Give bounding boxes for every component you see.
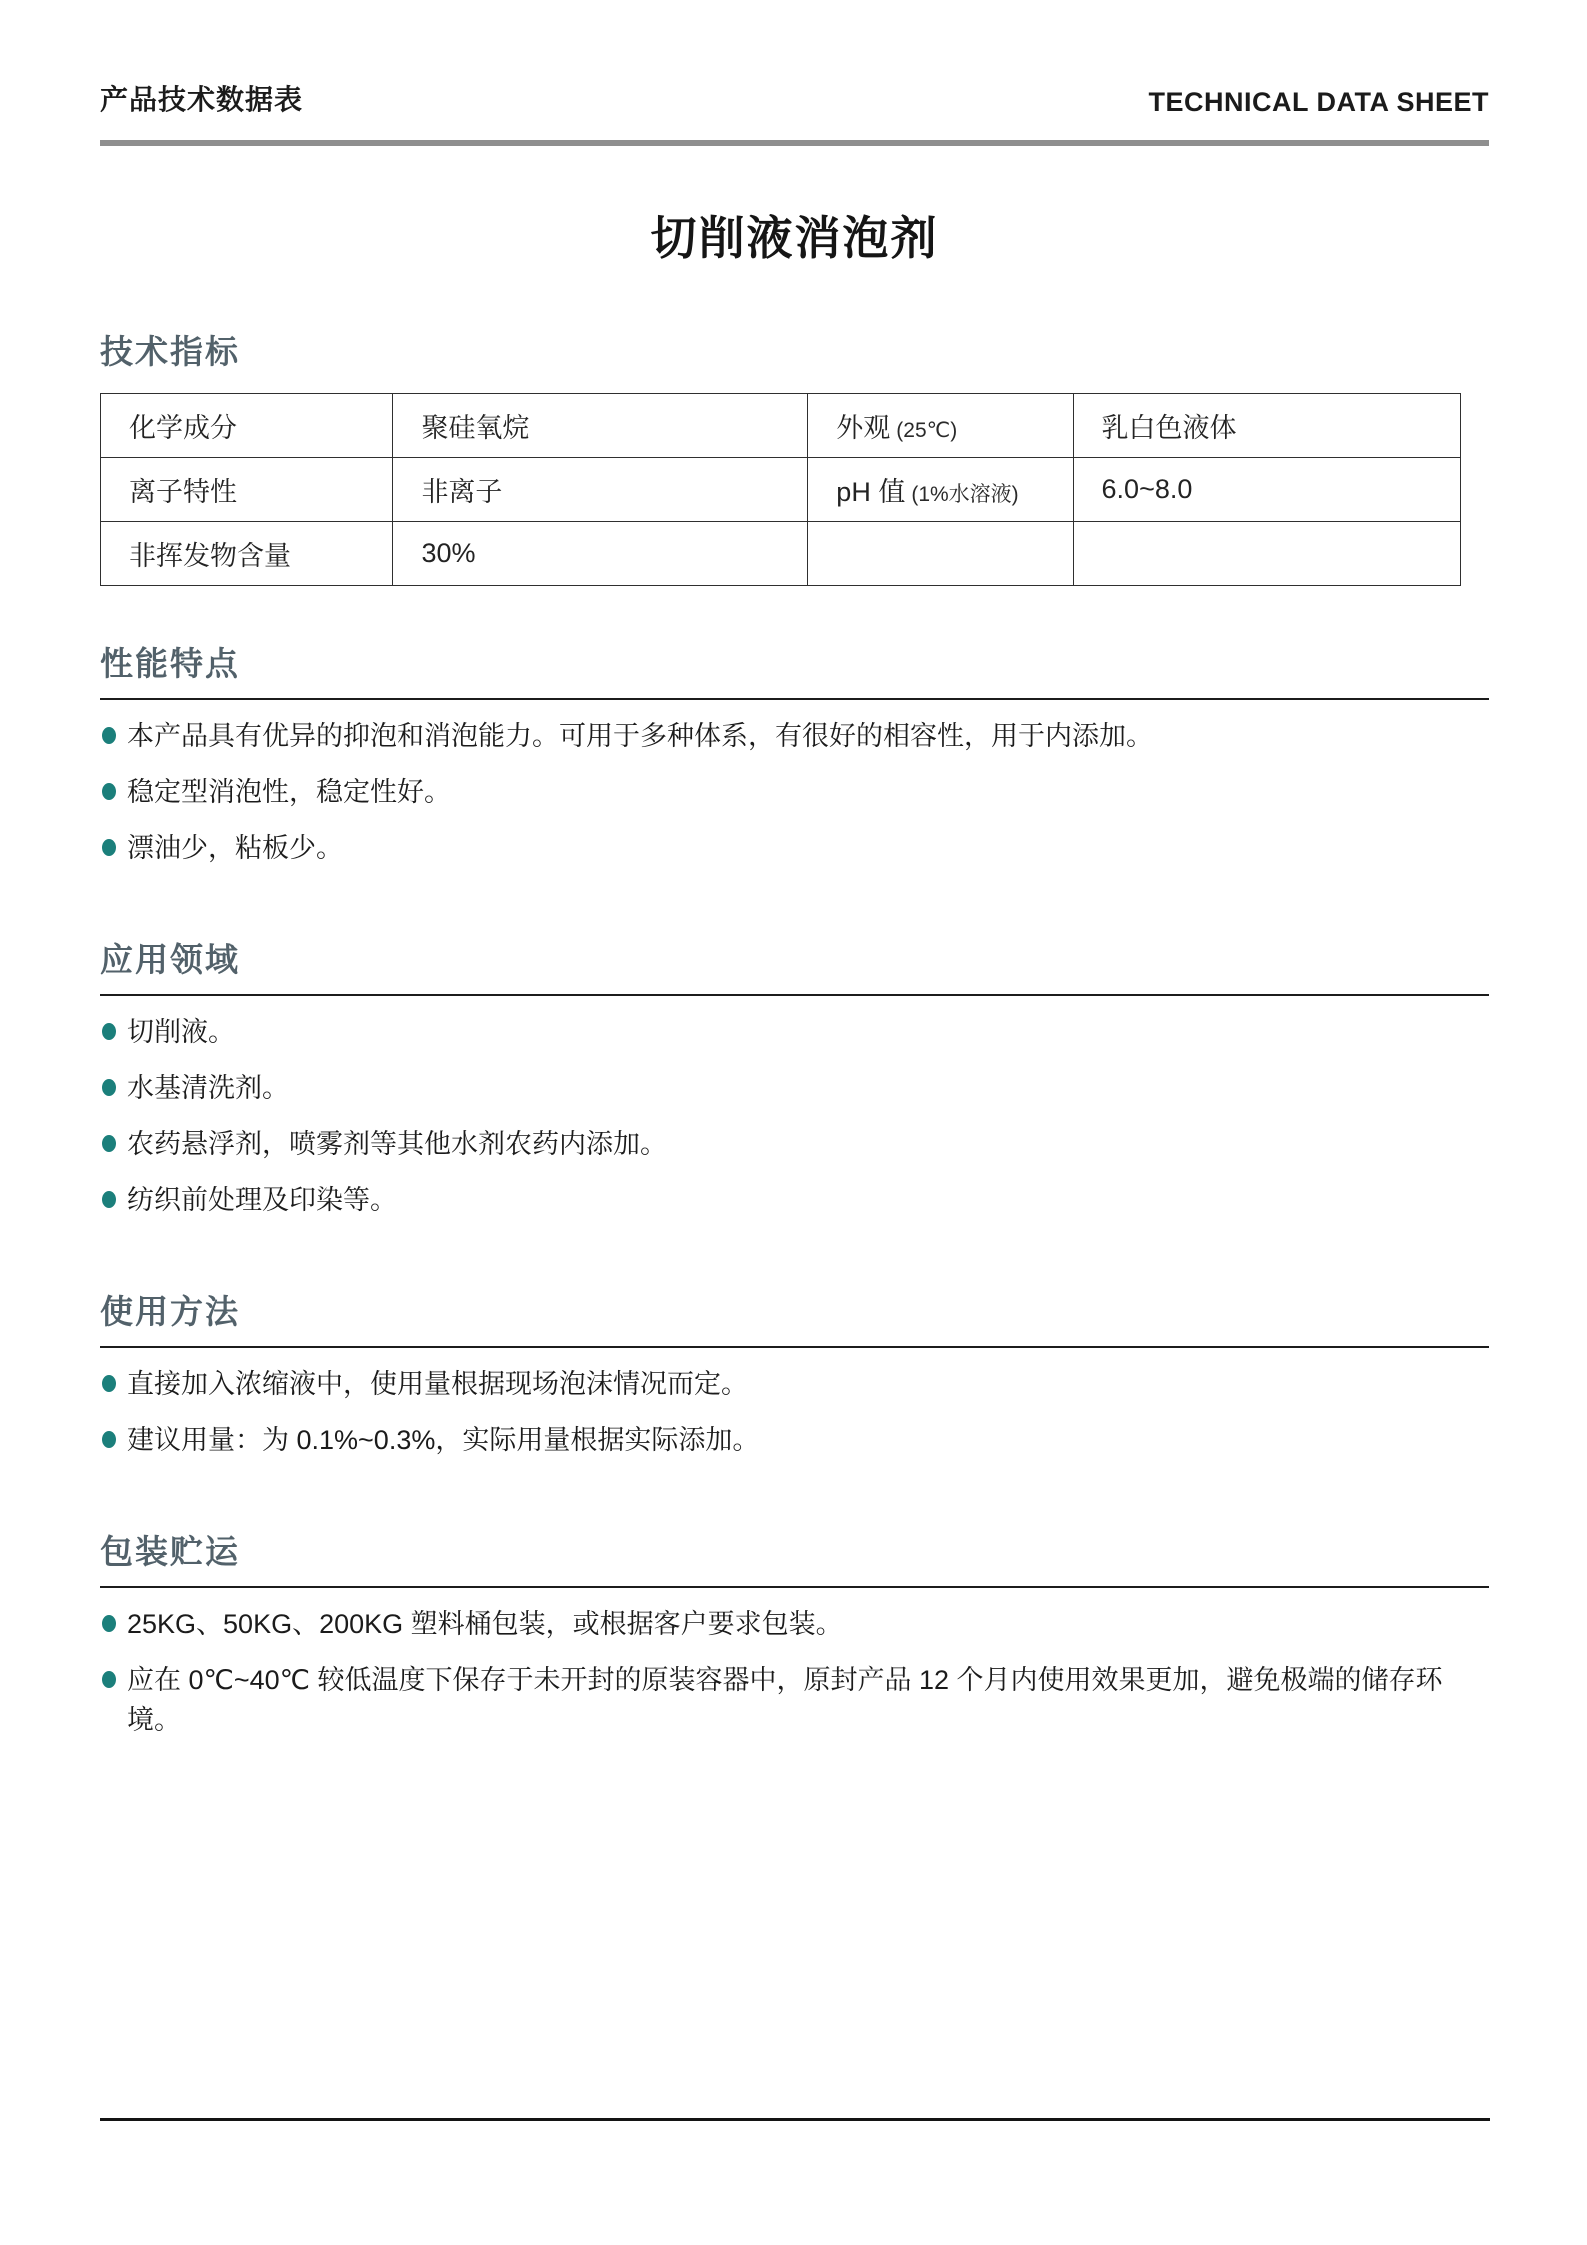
list-item: 纺织前处理及印染等。	[100, 1180, 1489, 1220]
bullet-text: 应在 0℃~40℃ 较低温度下保存于未开封的原装容器中，原封产品 12 个月内使…	[127, 1660, 1489, 1740]
list-item: 应在 0℃~40℃ 较低温度下保存于未开封的原装容器中，原封产品 12 个月内使…	[100, 1660, 1489, 1740]
bullet-dot-icon	[102, 1375, 116, 1392]
bullet-dot-icon	[102, 783, 116, 800]
header-title-zh: 产品技术数据表	[100, 78, 303, 118]
document-page: 产品技术数据表 TECHNICAL DATA SHEET 切削液消泡剂 技术指标…	[0, 0, 1587, 2245]
section-specs: 技术指标 化学成分 聚硅氧烷 外观(25℃) 乳白色液体 离子特性 非离子 pH…	[100, 326, 1489, 586]
section-title-applications: 应用领域	[100, 934, 1489, 981]
table-row: 化学成分 聚硅氧烷 外观(25℃) 乳白色液体	[101, 394, 1461, 458]
bullet-text: 建议用量：为 0.1%~0.3%，实际用量根据实际添加。	[127, 1420, 1489, 1460]
bullet-dot-icon	[102, 1615, 116, 1632]
bullet-text: 农药悬浮剂，喷雾剂等其他水剂农药内添加。	[127, 1124, 1489, 1164]
footer-divider	[100, 2118, 1490, 2121]
bullet-dot-icon	[102, 839, 116, 856]
spec-cell-label: 离子特性	[101, 458, 393, 522]
list-item: 水基清洗剂。	[100, 1068, 1489, 1108]
bullet-text: 稳定型消泡性，稳定性好。	[127, 772, 1489, 812]
product-title: 切削液消泡剂	[100, 202, 1489, 268]
usage-list: 直接加入浓缩液中，使用量根据现场泡沫情况而定。 建议用量：为 0.1%~0.3%…	[100, 1364, 1489, 1460]
header-title-en: TECHNICAL DATA SHEET	[1149, 87, 1490, 118]
list-item: 本产品具有优异的抑泡和消泡能力。可用于多种体系，有很好的相容性，用于内添加。	[100, 716, 1489, 756]
cell-note: (25℃)	[896, 419, 957, 442]
bullet-text: 漂油少，粘板少。	[127, 828, 1489, 868]
bullet-text: 直接加入浓缩液中，使用量根据现场泡沫情况而定。	[127, 1364, 1489, 1404]
features-list: 本产品具有优异的抑泡和消泡能力。可用于多种体系，有很好的相容性，用于内添加。 稳…	[100, 716, 1489, 868]
spec-cell-label: pH 值(1%水溶液)	[808, 458, 1073, 522]
cell-note: (1%水溶液)	[911, 483, 1018, 506]
section-divider	[100, 1346, 1489, 1348]
spec-cell-value	[1073, 522, 1461, 586]
section-applications: 应用领域 切削液。 水基清洗剂。 农药悬浮剂，喷雾剂等其他水剂农药内添加。 纺织…	[100, 934, 1489, 1220]
section-title-usage: 使用方法	[100, 1286, 1489, 1333]
cell-main: pH 值	[836, 477, 905, 507]
spec-cell-value: 聚硅氧烷	[393, 394, 808, 458]
section-title-packaging: 包装贮运	[100, 1526, 1489, 1573]
section-title-features: 性能特点	[100, 638, 1489, 685]
spec-cell-value: 非离子	[393, 458, 808, 522]
spec-cell-label: 外观(25℃)	[808, 394, 1073, 458]
page-header: 产品技术数据表 TECHNICAL DATA SHEET	[100, 0, 1489, 118]
bullet-dot-icon	[102, 727, 116, 744]
list-item: 稳定型消泡性，稳定性好。	[100, 772, 1489, 812]
list-item: 农药悬浮剂，喷雾剂等其他水剂农药内添加。	[100, 1124, 1489, 1164]
cell-main: 外观	[836, 413, 890, 443]
section-title-specs: 技术指标	[100, 326, 1489, 373]
bullet-dot-icon	[102, 1431, 116, 1448]
list-item: 25KG、50KG、200KG 塑料桶包装，或根据客户要求包装。	[100, 1604, 1489, 1644]
table-row: 离子特性 非离子 pH 值(1%水溶液) 6.0~8.0	[101, 458, 1461, 522]
packaging-list: 25KG、50KG、200KG 塑料桶包装，或根据客户要求包装。 应在 0℃~4…	[100, 1604, 1489, 1740]
spec-cell-label: 非挥发物含量	[101, 522, 393, 586]
spec-cell-label	[808, 522, 1073, 586]
bullet-text: 水基清洗剂。	[127, 1068, 1489, 1108]
spec-cell-value: 6.0~8.0	[1073, 458, 1461, 522]
bullet-text: 纺织前处理及印染等。	[127, 1180, 1489, 1220]
section-divider	[100, 698, 1489, 700]
section-divider	[100, 1586, 1489, 1588]
section-features: 性能特点 本产品具有优异的抑泡和消泡能力。可用于多种体系，有很好的相容性，用于内…	[100, 638, 1489, 868]
bullet-text: 切削液。	[127, 1012, 1489, 1052]
list-item: 建议用量：为 0.1%~0.3%，实际用量根据实际添加。	[100, 1420, 1489, 1460]
bullet-dot-icon	[102, 1079, 116, 1096]
table-row: 非挥发物含量 30%	[101, 522, 1461, 586]
spec-cell-value: 30%	[393, 522, 808, 586]
bullet-dot-icon	[102, 1191, 116, 1208]
bullet-dot-icon	[102, 1023, 116, 1040]
list-item: 直接加入浓缩液中，使用量根据现场泡沫情况而定。	[100, 1364, 1489, 1404]
section-usage: 使用方法 直接加入浓缩液中，使用量根据现场泡沫情况而定。 建议用量：为 0.1%…	[100, 1286, 1489, 1460]
list-item: 漂油少，粘板少。	[100, 828, 1489, 868]
spec-cell-value: 乳白色液体	[1073, 394, 1461, 458]
bullet-dot-icon	[102, 1671, 116, 1688]
page-content: 产品技术数据表 TECHNICAL DATA SHEET 切削液消泡剂 技术指标…	[0, 0, 1587, 1740]
section-divider	[100, 994, 1489, 996]
spec-table: 化学成分 聚硅氧烷 外观(25℃) 乳白色液体 离子特性 非离子 pH 值(1%…	[100, 393, 1461, 586]
bullet-dot-icon	[102, 1135, 116, 1152]
header-divider	[100, 140, 1489, 146]
section-packaging: 包装贮运 25KG、50KG、200KG 塑料桶包装，或根据客户要求包装。 应在…	[100, 1526, 1489, 1740]
bullet-text: 本产品具有优异的抑泡和消泡能力。可用于多种体系，有很好的相容性，用于内添加。	[127, 716, 1489, 756]
list-item: 切削液。	[100, 1012, 1489, 1052]
applications-list: 切削液。 水基清洗剂。 农药悬浮剂，喷雾剂等其他水剂农药内添加。 纺织前处理及印…	[100, 1012, 1489, 1220]
spec-cell-label: 化学成分	[101, 394, 393, 458]
bullet-text: 25KG、50KG、200KG 塑料桶包装，或根据客户要求包装。	[127, 1604, 1489, 1644]
